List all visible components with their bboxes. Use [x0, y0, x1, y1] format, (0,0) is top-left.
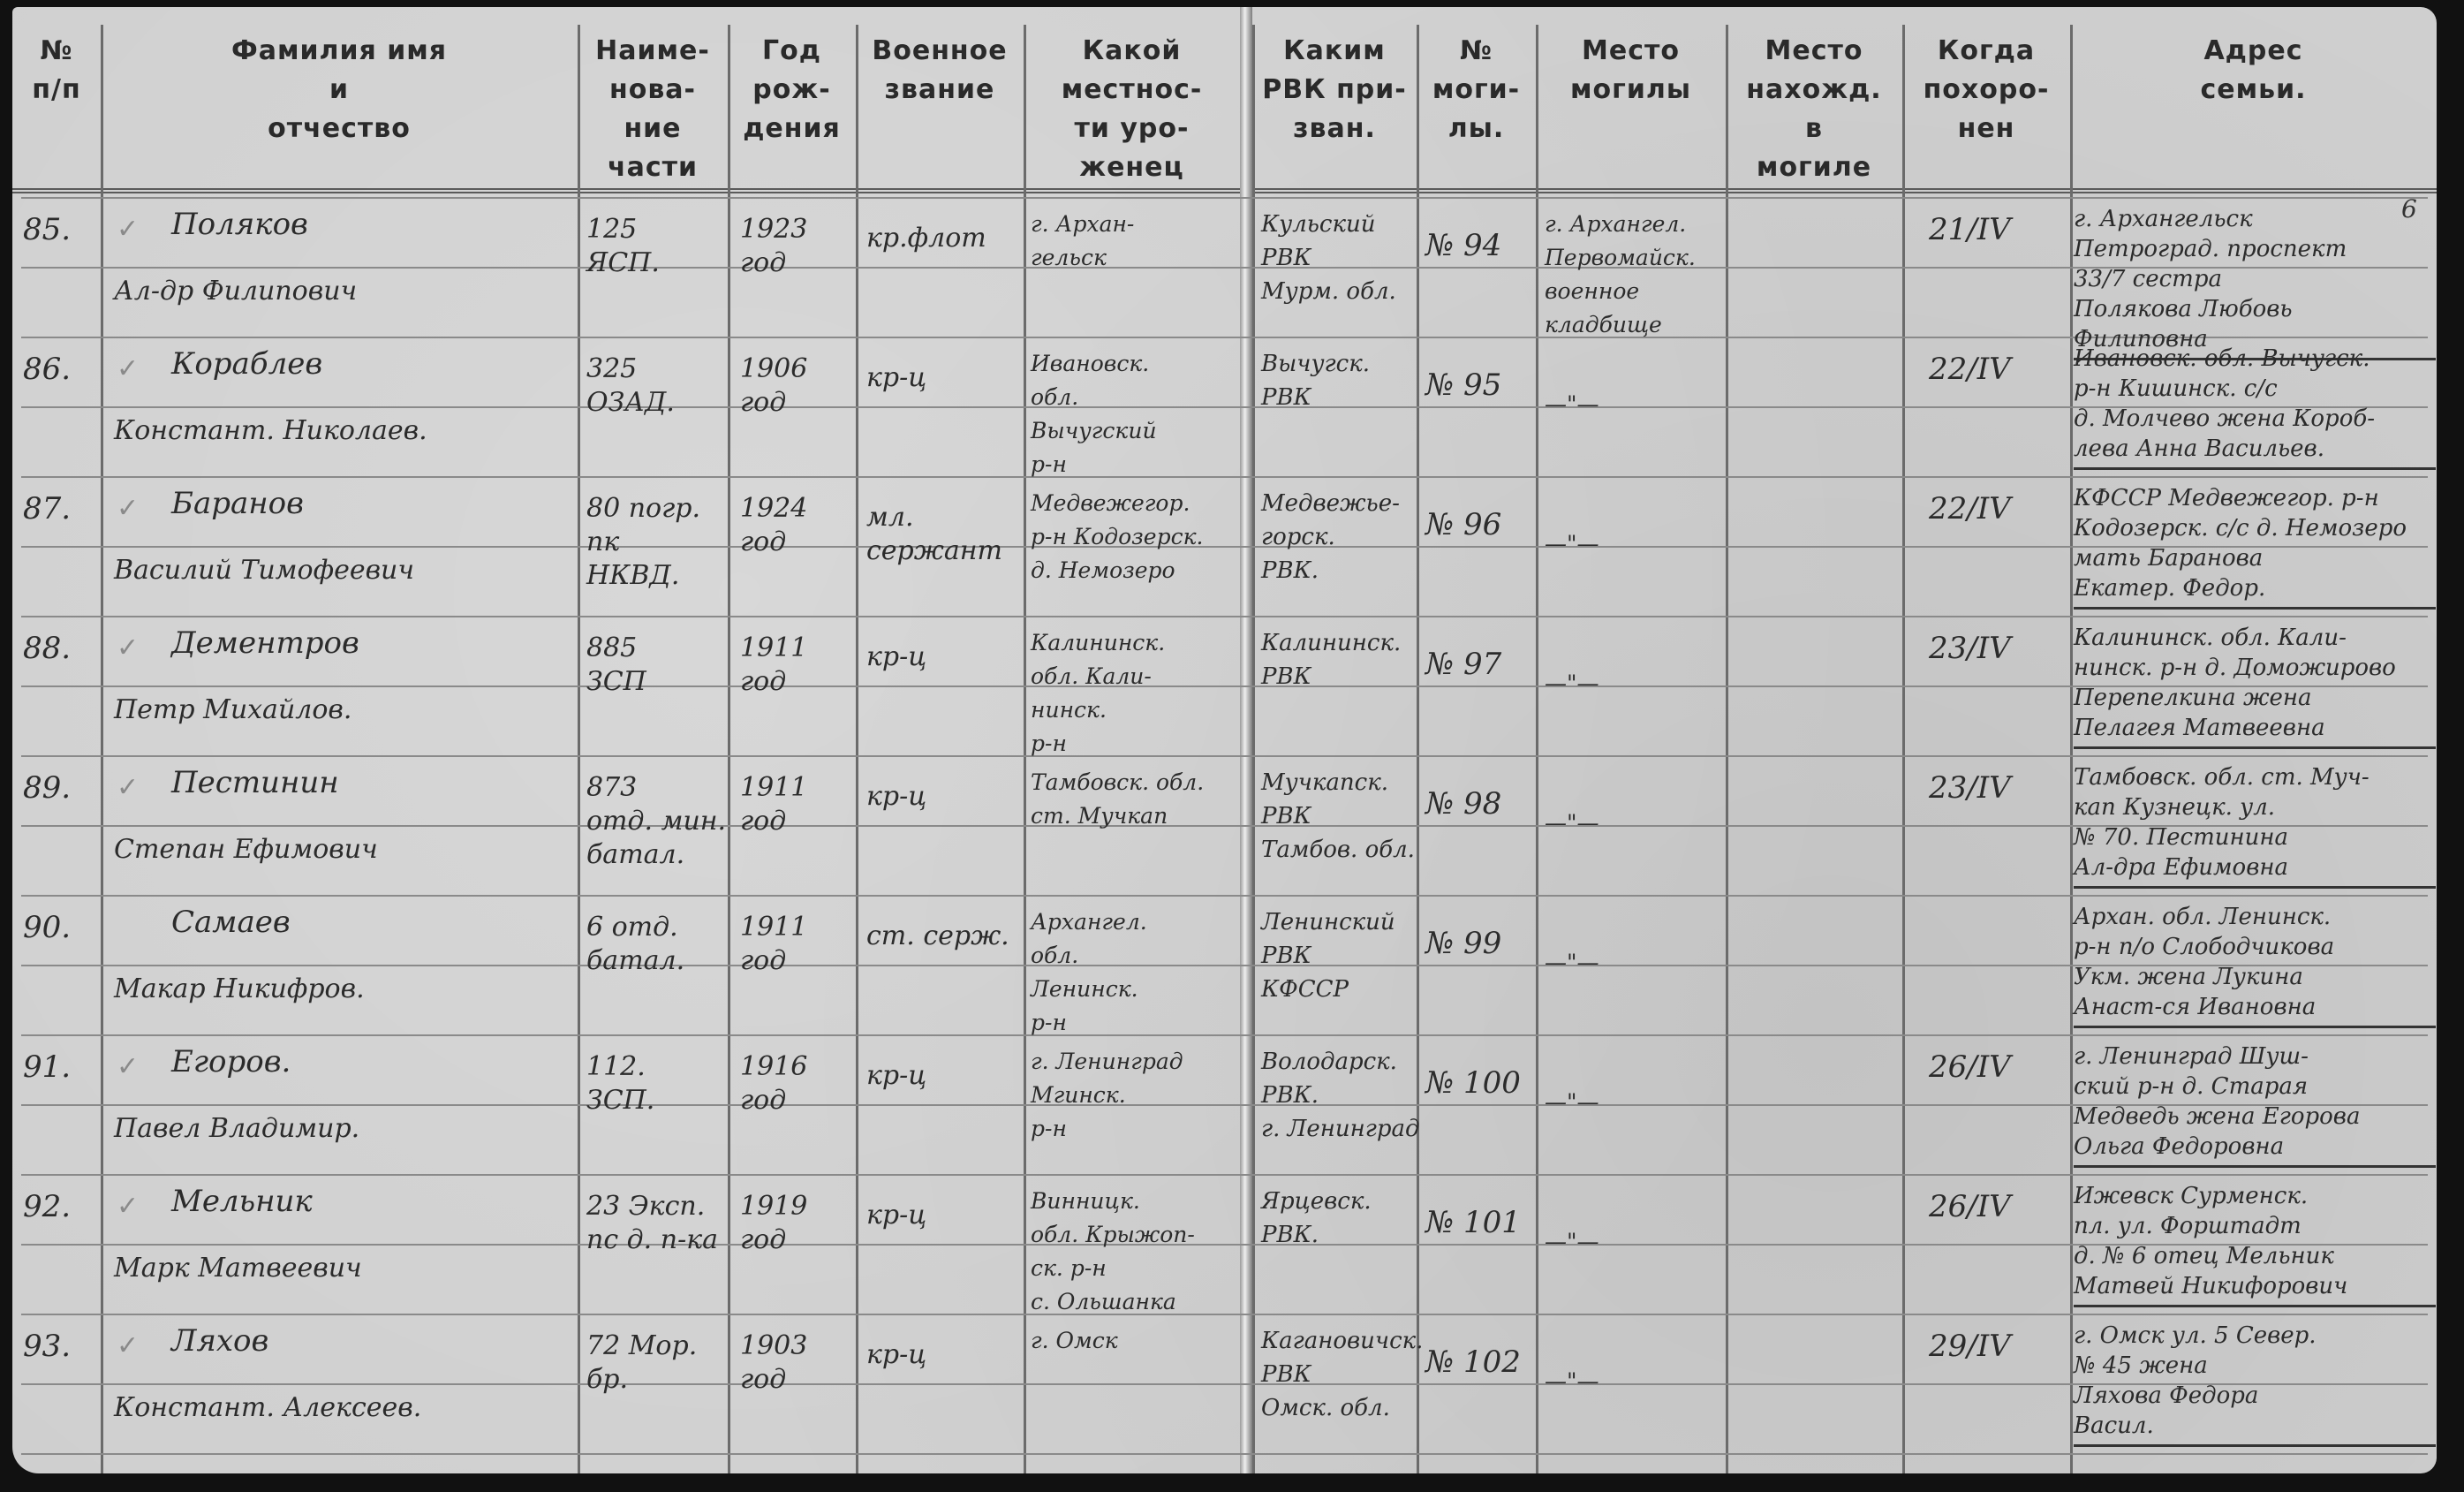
given-name-patronymic: Констант. Николаев.	[114, 414, 573, 448]
family-address: Ивановск. обл. Вычугск. р-н Кишинск. с/с…	[2074, 344, 2436, 470]
family-address: Калининск. обл. Кали- нинск. р-н д. Домо…	[2074, 623, 2436, 749]
column-divider	[1252, 25, 1255, 1473]
given-name-patronymic: Ал-др Филипович	[114, 275, 573, 308]
ruled-line	[21, 616, 2428, 617]
birth-year: 1903 год	[740, 1329, 855, 1397]
draft-office: Ленинский РВК КФССР	[1261, 905, 1420, 1006]
unit: 112. ЗСП.	[586, 1050, 728, 1117]
column-divider	[2070, 25, 2073, 1473]
grave-number: № 98	[1425, 787, 1540, 821]
grave-place: —"—	[1545, 1365, 1730, 1398]
check-mark-icon: ✓	[117, 352, 152, 386]
grave-number: № 94	[1425, 229, 1540, 262]
grave-number: № 101	[1425, 1206, 1540, 1239]
family-address: Архан. обл. Ленинск. р-н п/о Слободчиков…	[2074, 902, 2436, 1028]
birthplace: Тамбовск. обл. ст. Мучкап	[1031, 766, 1243, 833]
header-unit: Наиме- нова- ние части	[578, 32, 728, 187]
surname: Поляков	[171, 208, 560, 241]
row-number: 88.	[23, 632, 102, 665]
birthplace: Архангел. обл. Ленинск. р-н	[1031, 905, 1243, 1040]
grave-place: —"—	[1545, 946, 1730, 980]
military-rank: кр-ц	[866, 361, 1025, 395]
ledger-sheet: № п/пФамилия имя и отчествоНаиме- нова- …	[12, 7, 2437, 1473]
birth-year: 1924 год	[740, 492, 855, 559]
ruled-line	[21, 337, 2428, 338]
grave-number: № 99	[1425, 927, 1540, 960]
ruled-line	[21, 1174, 2428, 1176]
surname: Ляхов	[171, 1324, 560, 1358]
unit: 6 отд. батал.	[586, 911, 728, 978]
burial-date: 22/IV	[1929, 492, 2061, 526]
draft-office: Медвежье- горск. РВК.	[1261, 487, 1420, 587]
grave-place: —"—	[1545, 807, 1730, 840]
military-rank: кр-ц	[866, 780, 1025, 814]
page-mark: 6	[2401, 194, 2417, 223]
header-rank: Военное звание	[856, 32, 1024, 110]
birthplace: Медвежегор. р-н Кодозерск. д. Немозеро	[1031, 487, 1243, 587]
family-address: КФССР Медвежегор. р-н Кодозерск. с/с д. …	[2074, 483, 2436, 610]
military-rank: ст. серж.	[866, 920, 1025, 953]
draft-office: Мучкапск. РВК Тамбов. обл.	[1261, 766, 1420, 867]
header-birthplace: Какой местнос- ти уро- женец	[1024, 32, 1240, 187]
military-rank: кр-ц	[866, 1338, 1025, 1372]
row-number: 91.	[23, 1050, 102, 1084]
birthplace: г. Архан- гельск	[1031, 208, 1243, 275]
header-grave-no: № моги- лы.	[1417, 32, 1536, 148]
birthplace: Ивановск. обл. Вычугский р-н	[1031, 347, 1243, 481]
family-address: г. Архангельск Петроград. проспект 33/7 …	[2074, 204, 2436, 360]
military-rank: кр.флот	[866, 222, 1025, 255]
draft-office: Калининск. РВК	[1261, 626, 1420, 693]
row-number: 92.	[23, 1190, 102, 1223]
header-position-in-grave: Место нахожд. в могиле	[1726, 32, 1902, 187]
check-mark-icon: ✓	[117, 1190, 152, 1223]
birth-year: 1916 год	[740, 1050, 855, 1117]
grave-place: —"—	[1545, 1225, 1730, 1259]
check-mark-icon: ✓	[117, 632, 152, 665]
grave-place: г. Архангел. Первомайск. военное кладбищ…	[1545, 208, 1730, 342]
ruled-line	[21, 895, 2428, 897]
row-number: 86.	[23, 352, 102, 386]
grave-place: —"—	[1545, 667, 1730, 701]
birth-year: 1911 год	[740, 771, 855, 838]
grave-place: —"—	[1545, 1086, 1730, 1119]
surname: Пестинин	[171, 766, 560, 799]
burial-date: 23/IV	[1929, 632, 2061, 665]
birthplace: г. Омск	[1031, 1324, 1243, 1358]
birth-year: 1923 год	[740, 213, 855, 280]
birth-year: 1919 год	[740, 1190, 855, 1257]
grave-place: —"—	[1545, 527, 1730, 561]
ruled-line	[21, 1383, 2428, 1385]
grave-number: № 97	[1425, 648, 1540, 681]
burial-date: 26/IV	[1929, 1050, 2061, 1084]
unit: 80 погр. пк НКВД.	[586, 492, 728, 593]
military-rank: кр-ц	[866, 640, 1025, 674]
family-address: г. Омск ул. 5 Север. № 45 жена Ляхова Фе…	[2074, 1321, 2436, 1447]
given-name-patronymic: Степан Ефимович	[114, 833, 573, 867]
burial-date: 22/IV	[1929, 352, 2061, 386]
unit: 325 ОЗАД.	[586, 352, 728, 420]
burial-date: 21/IV	[1929, 213, 2061, 246]
given-name-patronymic: Констант. Алексеев.	[114, 1391, 573, 1425]
grave-number: № 102	[1425, 1345, 1540, 1379]
draft-office: Кагановичск. РВК Омск. обл.	[1261, 1324, 1420, 1425]
given-name-patronymic: Павел Владимир.	[114, 1112, 573, 1146]
grave-place: —"—	[1545, 388, 1730, 421]
grave-number: № 96	[1425, 508, 1540, 542]
unit: 885 ЗСП	[586, 632, 728, 699]
row-number: 85.	[23, 213, 102, 246]
surname: Мельник	[171, 1185, 560, 1218]
surname: Егоров.	[171, 1045, 560, 1079]
check-mark-icon: ✓	[117, 1050, 152, 1084]
birth-year: 1911 год	[740, 632, 855, 699]
military-rank: кр-ц	[866, 1059, 1025, 1093]
given-name-patronymic: Макар Никифров.	[114, 973, 573, 1006]
grave-number: № 95	[1425, 368, 1540, 402]
header-family-address: Адрес семьи.	[2070, 32, 2437, 110]
military-rank: кр-ц	[866, 1199, 1025, 1232]
ruled-line	[21, 197, 2428, 199]
row-number: 89.	[23, 771, 102, 805]
surname: Дементров	[171, 626, 560, 660]
row-number: 90.	[23, 911, 102, 944]
draft-office: Кульский РВК Мурм. обл.	[1261, 208, 1420, 308]
row-number: 87.	[23, 492, 102, 526]
column-divider	[856, 25, 858, 1473]
column-divider	[578, 25, 580, 1473]
family-address: Ижевск Сурменск. пл. ул. Форштадт д. № 6…	[2074, 1181, 2436, 1307]
header-name: Фамилия имя и отчество	[101, 32, 578, 148]
unit: 23 Эксп. пс д. п-ка	[586, 1190, 728, 1257]
surname: Кораблев	[171, 347, 560, 381]
check-mark-icon: ✓	[117, 213, 152, 246]
given-name-patronymic: Василий Тимофеевич	[114, 554, 573, 587]
birthplace: г. Ленинград Мгинск. р-н	[1031, 1045, 1243, 1146]
row-number: 93.	[23, 1329, 102, 1363]
column-divider	[1902, 25, 1905, 1473]
header-birth-year: Год рож- дения	[728, 32, 856, 148]
header-burial-date: Когда похоро- нен	[1902, 32, 2070, 148]
birth-year: 1906 год	[740, 352, 855, 420]
header-rvk: Каким РВК при- зван.	[1252, 32, 1417, 148]
burial-date: 26/IV	[1929, 1190, 2061, 1223]
family-address: Тамбовск. обл. ст. Муч- кап Кузнецк. ул.…	[2074, 762, 2436, 889]
birthplace: Калининск. обл. Кали- нинск. р-н	[1031, 626, 1243, 761]
given-name-patronymic: Марк Матвеевич	[114, 1252, 573, 1285]
given-name-patronymic: Петр Михайлов.	[114, 693, 573, 727]
surname: Баранов	[171, 487, 560, 520]
unit: 72 Мор. бр.	[586, 1329, 728, 1397]
draft-office: Ярцевск. РВК.	[1261, 1185, 1420, 1252]
ruled-line	[21, 1453, 2428, 1455]
header-no: № п/п	[12, 32, 101, 110]
unit: 873 отд. мин. батал.	[586, 771, 728, 872]
family-address: г. Ленинград Шуш- ский р-н д. Старая Мед…	[2074, 1041, 2436, 1168]
birth-year: 1911 год	[740, 911, 855, 978]
header-grave-place: Место могилы	[1536, 32, 1726, 110]
burial-date: 23/IV	[1929, 771, 2061, 805]
draft-office: Володарск. РВК. г. Ленинград	[1261, 1045, 1420, 1146]
unit: 125 ЯСП.	[586, 213, 728, 280]
grave-number: № 100	[1425, 1066, 1540, 1100]
draft-office: Вычугск. РВК	[1261, 347, 1420, 414]
check-mark-icon: ✓	[117, 492, 152, 526]
surname: Самаев	[171, 905, 560, 939]
check-mark-icon: ✓	[117, 1329, 152, 1363]
check-mark-icon: ✓	[117, 771, 152, 805]
military-rank: мл. сержант	[866, 501, 1025, 568]
birthplace: Винницк. обл. Крыжоп- ск. р-н с. Ольшанк…	[1031, 1185, 1243, 1319]
column-divider	[728, 25, 730, 1473]
burial-date: 29/IV	[1929, 1329, 2061, 1363]
